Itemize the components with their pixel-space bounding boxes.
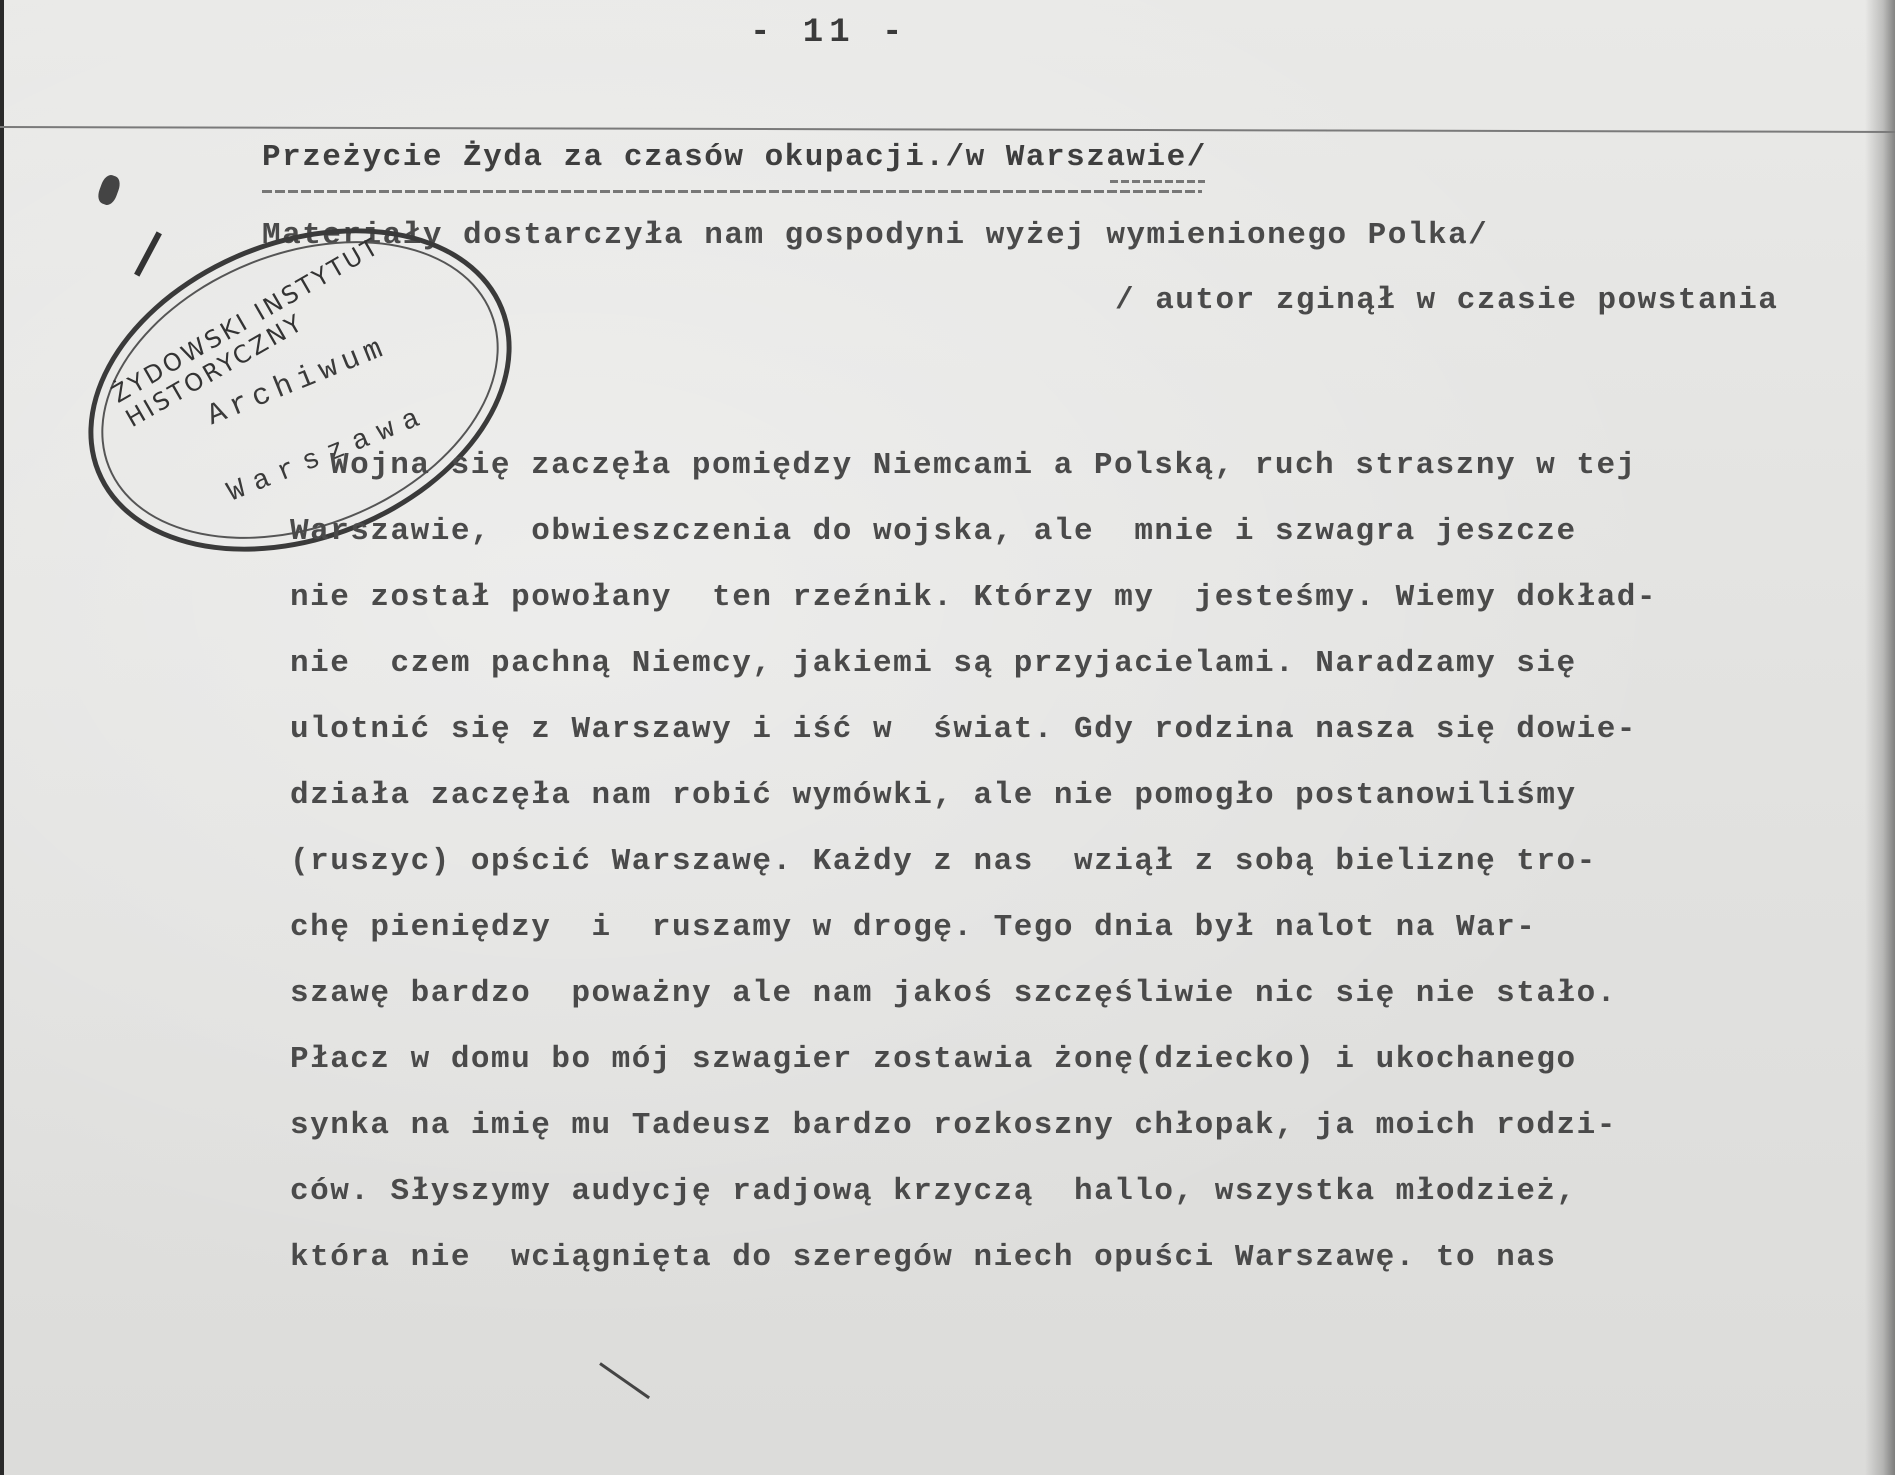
document-title: Przeżycie Żyda za czasów okupacji./w War… bbox=[262, 140, 1207, 175]
body-line: synka na imię mu Tadeusz bardzo rozkoszn… bbox=[290, 1108, 1617, 1143]
body-line: szawę bardzo poważny ale nam jakoś szczę… bbox=[290, 976, 1617, 1011]
body-line: (ruszyc) opścić Warszawę. Każdy z nas wz… bbox=[290, 844, 1597, 879]
title-underline bbox=[262, 190, 1202, 193]
author-note: / autor zginął w czasie powstania bbox=[1115, 283, 1778, 318]
body-line: nie został powołany ten rzeźnik. Którzy … bbox=[290, 580, 1657, 615]
title-underline-secondary bbox=[1110, 180, 1205, 183]
body-line: Wojna się zaczęła pomiędzy Niemcami a Po… bbox=[330, 448, 1637, 483]
body-line: ców. Słyszymy audycję radjową krzyczą ha… bbox=[290, 1174, 1577, 1209]
body-line: Warszawie, obwieszczenia do wojska, ale … bbox=[290, 514, 1577, 549]
page-number: - 11 - bbox=[750, 14, 908, 52]
body-line: która nie wciągnięta do szeregów niech o… bbox=[290, 1240, 1557, 1275]
body-line: ulotnić się z Warszawy i iść w świat. Gd… bbox=[290, 712, 1637, 747]
body-line: działa zaczęła nam robić wymówki, ale ni… bbox=[290, 778, 1577, 813]
scan-left-edge bbox=[0, 0, 4, 1475]
body-line: chę pieniędzy i ruszamy w drogę. Tego dn… bbox=[290, 910, 1536, 945]
scan-right-edge bbox=[1865, 0, 1895, 1475]
body-line: Płacz w domu bo mój szwagier zostawia żo… bbox=[290, 1042, 1577, 1077]
body-line: nie czem pachną Niemcy, jakiemi są przyj… bbox=[290, 646, 1577, 681]
